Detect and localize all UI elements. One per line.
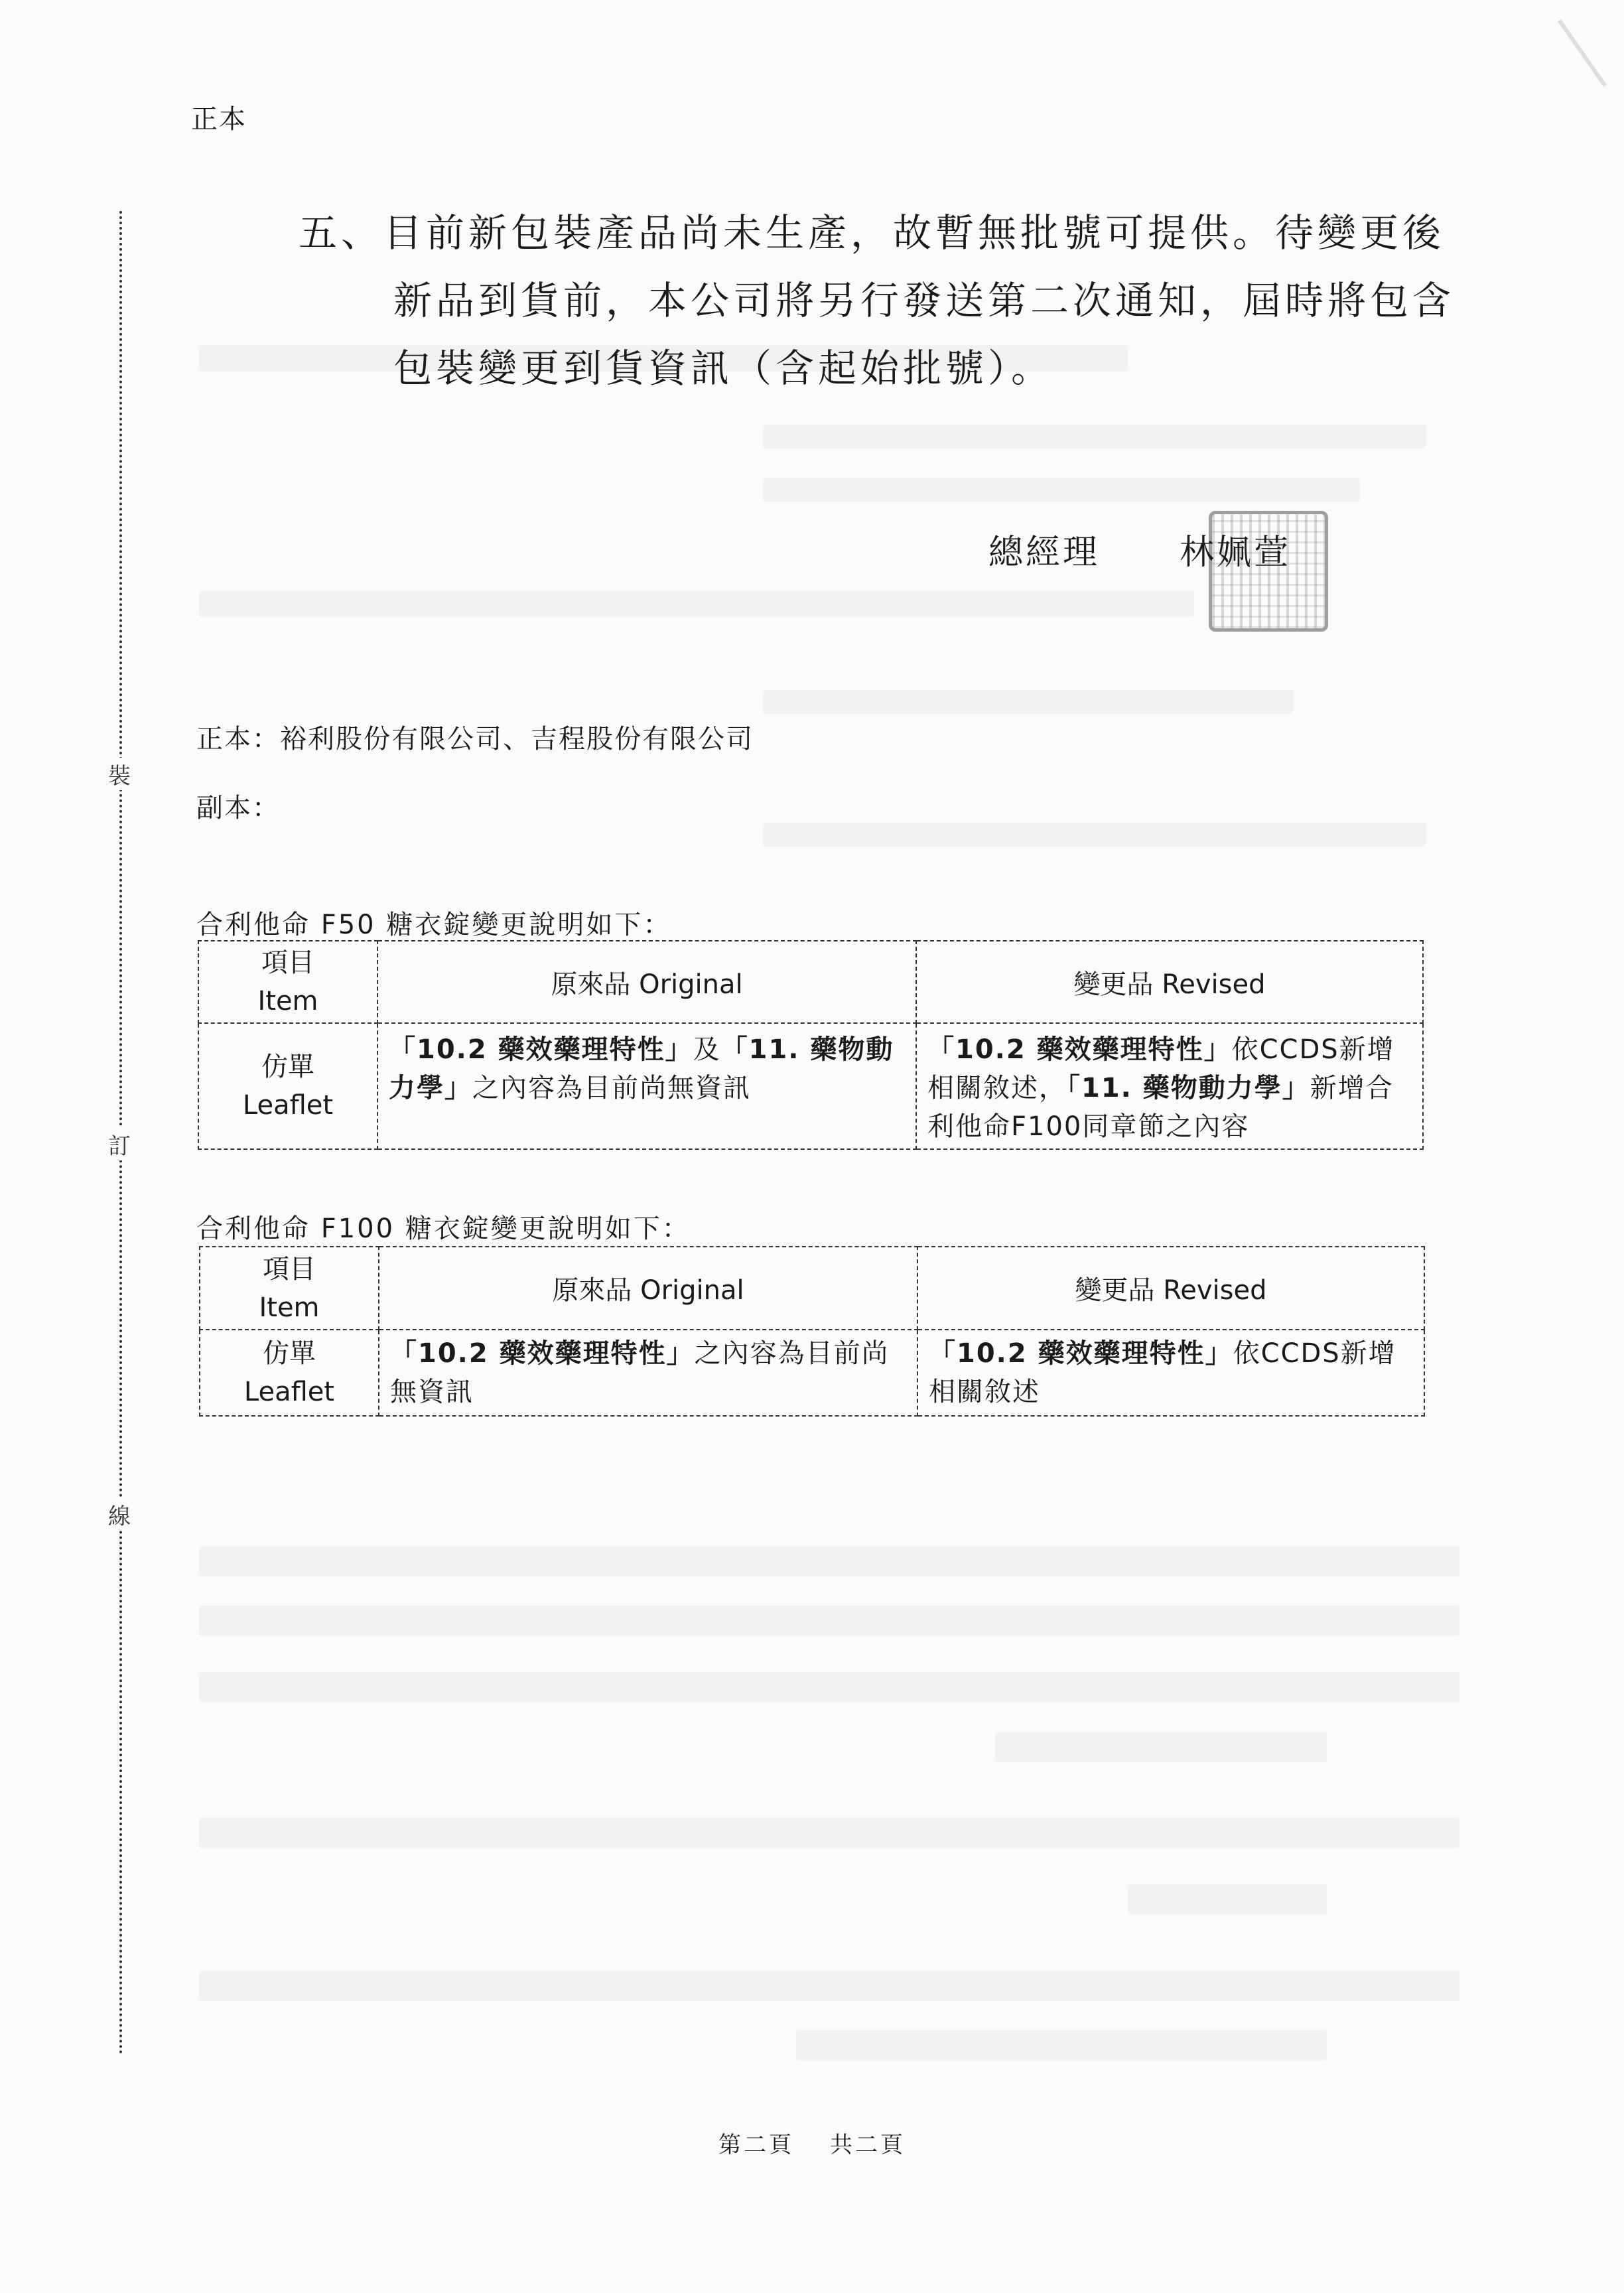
header-item-en: Item: [210, 982, 366, 1020]
page-total: 共二頁: [830, 2132, 906, 2158]
f100-table-caption: 合利他命 F100 糖衣錠變更說明如下：: [196, 1208, 691, 1245]
bleed-through-ghost: [1128, 1884, 1327, 1915]
bleed-through-ghost: [199, 1672, 1459, 1702]
binding-char-zhuang: 裝: [106, 758, 133, 790]
header-original: 原來品 Original: [379, 1247, 917, 1330]
f100-change-table: 項目 Item 原來品 Original 變更品 Revised 仿單 Leaf…: [199, 1246, 1425, 1417]
bleed-through-ghost: [199, 1546, 1459, 1576]
paragraph-five: 五、目前新包裝產品尚未生產，故暫無批號可提供。待變更後 新品到貨前，本公司將另行…: [299, 199, 1440, 402]
bleed-through-ghost: [763, 823, 1426, 847]
header-original: 原來品 Original: [377, 941, 916, 1023]
row-item-en: Leaflet: [210, 1086, 366, 1125]
page-footer: 第二頁共二頁: [0, 2126, 1624, 2159]
table-row: 仿單 Leaflet 「10.2 藥效藥理特性」及「11. 藥物動力學」之內容為…: [198, 1023, 1423, 1149]
section-ref-bold: 「10.2 藥效藥理特性」: [389, 1034, 693, 1065]
table-header-row: 項目 Item 原來品 Original 變更品 Revised: [200, 1247, 1424, 1330]
header-revised: 變更品 Revised: [916, 941, 1423, 1023]
f50-table-caption: 合利他命 F50 糖衣錠變更說明如下：: [196, 904, 671, 941]
row-item-en: Leaflet: [211, 1373, 368, 1411]
row-item-zh: 仿單: [210, 1048, 366, 1086]
bleed-through-ghost: [199, 1818, 1459, 1848]
header-item-cell: 項目 Item: [200, 1247, 379, 1330]
section-ref-bold: 「10.2 藥效藥理特性」: [927, 1034, 1232, 1065]
row-original-cell: 「10.2 藥效藥理特性」及「11. 藥物動力學」之內容為目前尚無資訊: [377, 1023, 916, 1149]
bleed-through-ghost: [796, 2030, 1327, 2061]
page-number: 第二頁: [718, 2132, 794, 2158]
header-item-cell: 項目 Item: [198, 941, 377, 1023]
bleed-through-ghost: [763, 425, 1426, 449]
signatory-title: 總經理: [988, 524, 1100, 574]
bleed-through-ghost: [199, 1971, 1459, 2001]
row-item-cell: 仿單 Leaflet: [198, 1023, 377, 1149]
cell-text: 之內容為目前尚無資訊: [472, 1073, 751, 1103]
section-ref-bold: 「11. 藥物動力學」: [1067, 1073, 1310, 1103]
header-item-en: Item: [211, 1288, 368, 1327]
copy-recipients: 副本：: [196, 787, 280, 825]
paragraph-line: 包裝變更到貨資訊（含起始批號）。: [299, 334, 1440, 402]
table-row: 仿單 Leaflet 「10.2 藥效藥理特性」之內容為目前尚無資訊 「10.2…: [200, 1330, 1424, 1416]
f50-change-table: 項目 Item 原來品 Original 變更品 Revised 仿單 Leaf…: [198, 940, 1424, 1150]
binding-char-xian: 線: [106, 1498, 133, 1531]
bleed-through-ghost: [199, 1606, 1459, 1636]
section-ref-bold: 「10.2 藥效藥理特性」: [929, 1338, 1233, 1369]
signatory-name: 林姵萱: [1180, 524, 1291, 574]
bleed-through-ghost: [763, 690, 1294, 714]
staple-mark: [1558, 19, 1607, 87]
cell-text: 及: [693, 1034, 721, 1065]
row-revised-cell: 「10.2 藥效藥理特性」依CCDS新增相關敘述: [917, 1330, 1424, 1416]
bleed-through-ghost: [995, 1732, 1327, 1762]
header-revised: 變更品 Revised: [917, 1247, 1424, 1330]
original-copy-mark: 正本: [191, 98, 247, 136]
row-item-cell: 仿單 Leaflet: [200, 1330, 379, 1416]
row-item-zh: 仿單: [211, 1334, 368, 1373]
bleed-through-ghost: [199, 591, 1194, 617]
section-ref-bold: 「10.2 藥效藥理特性」: [390, 1338, 695, 1369]
original-recipients: 正本：裕利股份有限公司、吉程股份有限公司: [196, 718, 754, 756]
paragraph-line: 新品到貨前，本公司將另行發送第二次通知，屆時將包含: [299, 267, 1440, 334]
row-revised-cell: 「10.2 藥效藥理特性」依CCDS新增相關敘述，「11. 藥物動力學」新增合利…: [916, 1023, 1423, 1149]
paragraph-line: 五、目前新包裝產品尚未生產，故暫無批號可提供。待變更後: [299, 199, 1440, 267]
header-item-zh: 項目: [210, 943, 366, 982]
header-item-zh: 項目: [211, 1250, 368, 1288]
binding-char-ding: 訂: [106, 1128, 133, 1160]
row-original-cell: 「10.2 藥效藥理特性」之內容為目前尚無資訊: [379, 1330, 917, 1416]
bleed-through-ghost: [763, 478, 1360, 502]
table-header-row: 項目 Item 原來品 Original 變更品 Revised: [198, 941, 1423, 1023]
